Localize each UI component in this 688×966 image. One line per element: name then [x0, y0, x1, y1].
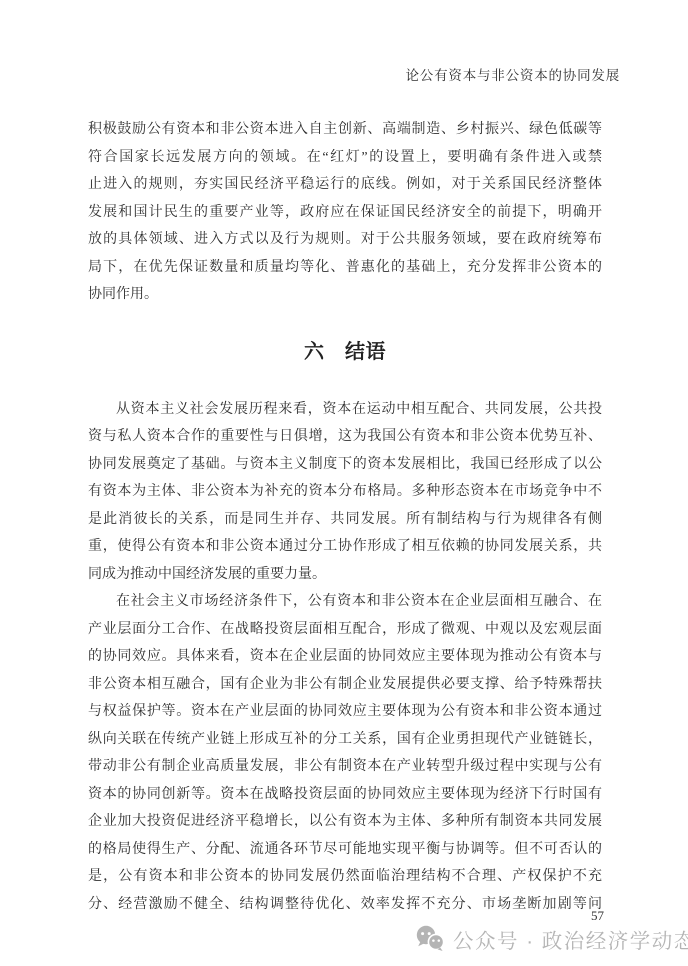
- text-line: 协同发展奠定了基础。与资本主义制度下的资本发展相比，我国已经形成了以公: [88, 451, 602, 479]
- text-line: 是此消彼长的关系，而是同生并存、共同发展。所有制结构与行为规律各有侧: [88, 506, 602, 534]
- text-line: 是，公有资本和非公资本的协同发展仍然面临治理结构不合理、产权保护不充: [88, 863, 602, 891]
- text-line: 非公资本相互融合，国有企业为非公有制企业发展提供必要支撑、给予特殊帮扶: [88, 671, 602, 699]
- page-number: 57: [591, 908, 604, 924]
- text-line: 资与私人资本合作的重要性与日俱增，这为我国公有资本和非公资本优势互补、: [88, 423, 602, 451]
- text-line: 有资本为主体、非公资本为补充的资本分布格局。多种形态资本在市场竞争中不: [88, 478, 602, 506]
- text-line: 放的具体领域、进入方式以及行为规则。对于公共服务领域，要在政府统筹布: [88, 226, 602, 254]
- text-line: 企业加大投资促进经济平稳增长，以公有资本为主体、多种所有制资本共同发展: [88, 808, 602, 836]
- text-line: 在社会主义市场经济条件下，公有资本和非公资本在企业层面相互融合、在: [88, 588, 602, 616]
- text-line: 协同作用。: [88, 281, 602, 309]
- text-line: 符合国家长远发展方向的领域。在“红灯”的设置上，要明确有条件进入或禁: [88, 144, 602, 172]
- document-page: 论公有资本与非公资本的协同发展 积极鼓励公有资本和非公资本进入自主创新、高端制造…: [0, 0, 688, 966]
- paragraph-3: 在社会主义市场经济条件下，公有资本和非公资本在企业层面相互融合、在产业层面分工合…: [88, 588, 602, 918]
- watermark: 公众号 · 政治经济学动态: [415, 924, 688, 954]
- text-line: 局下，在优先保证数量和质量均等化、普惠化的基础上，充分发挥非公资本的: [88, 254, 602, 282]
- text-line: 发展和国计民生的重要产业等，政府应在保证国民经济安全的前提下，明确开: [88, 199, 602, 227]
- page-content: 积极鼓励公有资本和非公资本进入自主创新、高端制造、乡村振兴、绿色低碳等符合国家长…: [88, 116, 602, 918]
- running-header-title: 论公有资本与非公资本的协同发展: [406, 64, 621, 84]
- watermark-text: 公众号 · 政治经济学动态: [453, 924, 688, 954]
- text-line: 的协同效应。具体来看，资本在企业层面的协同效应主要体现为推动公有资本与: [88, 643, 602, 671]
- paragraph-1: 积极鼓励公有资本和非公资本进入自主创新、高端制造、乡村振兴、绿色低碳等符合国家长…: [88, 116, 602, 309]
- text-line: 从资本主义社会发展历程来看，资本在运动中相互配合、共同发展，公共投: [88, 396, 602, 424]
- text-line: 带动非公有制企业高质量发展，非公有制资本在产业转型升级过程中实现与公有: [88, 753, 602, 781]
- text-line: 积极鼓励公有资本和非公资本进入自主创新、高端制造、乡村振兴、绿色低碳等: [88, 116, 602, 144]
- wechat-icon: [415, 925, 446, 953]
- text-line: 纵向关联在传统产业链上形成互补的分工关系，国有企业勇担现代产业链链长，: [88, 726, 602, 754]
- text-line: 的格局使得生产、分配、流通各环节尽可能地实现平衡与协调等。但不可否认的: [88, 836, 602, 864]
- text-line: 止进入的规则，夯实国民经济平稳运行的底线。例如，对于关系国民经济整体: [88, 171, 602, 199]
- text-line: 分、经营激励不健全、结构调整待优化、效率发挥不充分、市场垄断加剧等问: [88, 891, 602, 919]
- section-heading: 六 结语: [88, 337, 602, 367]
- text-line: 与权益保护等。资本在产业层面的协同效应主要体现为公有资本和非公资本通过: [88, 698, 602, 726]
- paragraph-2: 从资本主义社会发展历程来看，资本在运动中相互配合、共同发展，公共投资与私人资本合…: [88, 396, 602, 589]
- text-line: 重，使得公有资本和非公资本通过分工协作形成了相互依赖的协同发展关系，共: [88, 533, 602, 561]
- text-line: 产业层面分工合作、在战略投资层面相互配合，形成了微观、中观以及宏观层面: [88, 616, 602, 644]
- text-line: 同成为推动中国经济发展的重要力量。: [88, 561, 602, 589]
- text-line: 资本的协同创新等。资本在战略投资层面的协同效应主要体现为经济下行时国有: [88, 781, 602, 809]
